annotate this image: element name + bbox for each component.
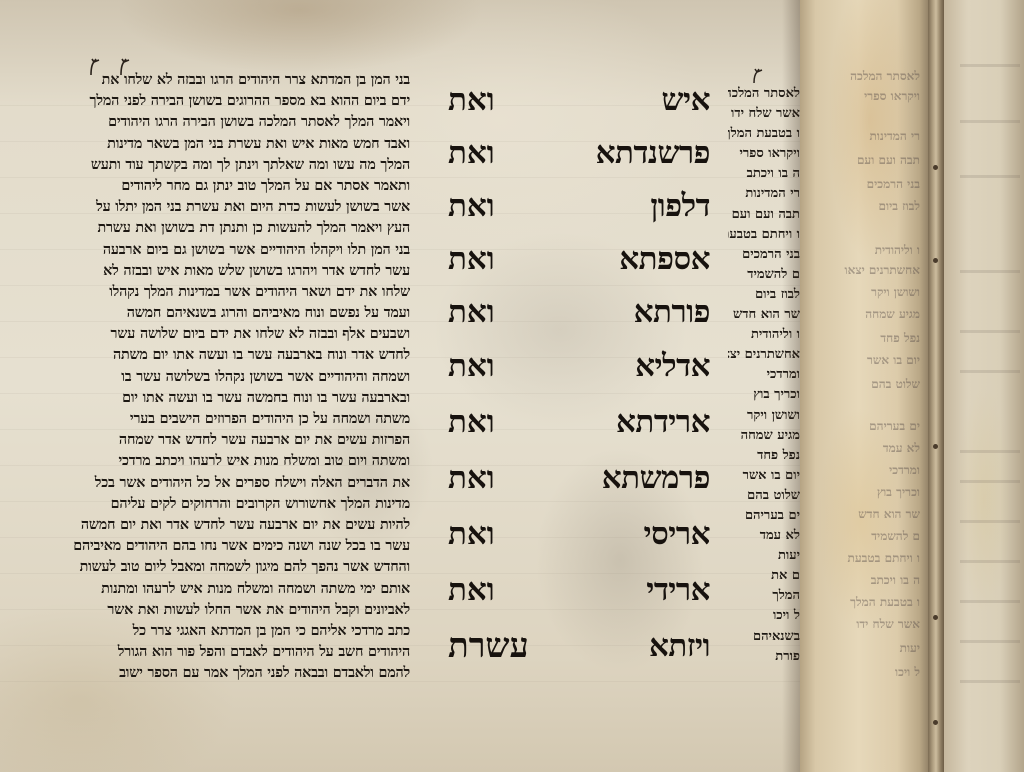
faded-line [960, 680, 1020, 683]
faded-text: תבה ועם ועם [810, 152, 920, 168]
faded-text: לבוז ביום [810, 198, 920, 214]
text-line: בני המן תלו ויקהלו היהודיים אשר בשושן גם… [22, 240, 410, 261]
son-name: ארידי [646, 568, 710, 612]
faded-line [960, 560, 1020, 563]
conjunction-word: ואת [448, 237, 495, 281]
final-word: עשרת [448, 624, 529, 668]
faded-line [960, 480, 1020, 483]
text-line: כתב מרדכי אליהם כי המן בן המדתא האגגי צר… [22, 621, 410, 642]
faded-text: רי המדינות [810, 128, 920, 144]
son-row: ארידי ואת [430, 568, 710, 612]
son-name: ויזתא [649, 624, 710, 668]
son-name: ארידתא [616, 400, 710, 444]
text-line: ותאמר אסתר אם על המלך טוב ינתן גם מחר לי… [22, 176, 410, 197]
faded-line [960, 640, 1020, 643]
son-name: פרמשתא [602, 456, 710, 500]
faded-text: יעות [810, 640, 920, 656]
text-line: אותם ימי משתה ושמחה ומשלח מנות איש לרעהו… [22, 579, 410, 600]
text-line: הפרזות עשים את יום ארבעה עשר לחדש אדר שמ… [22, 430, 410, 451]
text-line: שלחו את ידם ושאר היהודים אשר במדינות המל… [22, 282, 410, 303]
text-line: ואבד חמש מאות איש ואת עשרת בני המן בשאר … [22, 134, 410, 155]
text-line: מדינות המלך אחשורוש הקרובים והרחוקים לקי… [22, 494, 410, 515]
son-row: פורתא ואת [430, 290, 710, 334]
faded-line [960, 370, 1020, 373]
faded-text: שר הוא חדש [810, 506, 920, 522]
text-line: לחדש אדר ונוח בארבעה עשר בו ועשה אתו יום… [22, 345, 410, 366]
faded-text: ים בעריהם [810, 418, 920, 434]
text-line: ידם ביום ההוא בא מספר ההרוגים בשושן הביר… [22, 91, 410, 112]
son-name: דלפון [650, 184, 710, 228]
son-name: פורתא [634, 290, 710, 334]
faded-text: ה בו ויכתב [810, 572, 920, 588]
stitch-mark [933, 615, 938, 620]
roll-shadow [782, 0, 802, 772]
faded-line [960, 330, 1020, 333]
text-line: ועמד על נפשם ונוח מאיביהם והרוג בשנאיהם … [22, 303, 410, 324]
esther-scroll-photo: בני המן בן המדתא צרר היהודים הרגו ובבזה … [0, 0, 1024, 772]
faded-text: ושושן ויקר [810, 284, 920, 300]
faded-text: אחשתרנים יצאו [810, 262, 920, 278]
stitch-mark [933, 165, 938, 170]
text-line: והחדש אשר נהפך להם מיגון לשמחה ומאבל ליו… [22, 557, 410, 578]
text-line: ושמחה והיהודיים אשר בשושן נקהלו בשלושה ע… [22, 367, 410, 388]
son-row: איש ואת [430, 78, 710, 122]
faded-text: בני הרמכים [810, 176, 920, 192]
text-line: עשר בו בכל שנה ושנה כימים אשר נחו בהם הי… [22, 536, 410, 557]
text-column-left: בני המן בן המדתא צרר היהודים הרגו ובבזה … [22, 70, 410, 684]
crown-icon [740, 68, 764, 84]
text-line: בני המן בן המדתא צרר היהודים הרגו ובבזה … [22, 70, 410, 91]
text-line: ושבעים אלף ובבזה לא שלחו את ידם ביום שלו… [22, 324, 410, 345]
conjunction-word: ואת [448, 290, 495, 334]
stitch-mark [933, 258, 938, 263]
rolled-scroll-back [944, 0, 1024, 772]
text-line: להמם ולאבדם ובבאה לפני המלך אמר עם הספר … [22, 663, 410, 684]
faded-line [960, 520, 1020, 523]
scroll-seam [928, 0, 944, 772]
son-row: אספתא ואת [430, 237, 710, 281]
son-name: אריסי [643, 512, 710, 556]
faded-text: ל ויכו [810, 664, 920, 680]
faded-text: ומרדכי [810, 462, 920, 478]
faded-text: נפל פחד [810, 330, 920, 346]
conjunction-word: ואת [448, 131, 495, 175]
stitch-mark [933, 720, 938, 725]
conjunction-word: ואת [448, 344, 495, 388]
stitch-mark [933, 444, 938, 449]
son-name: אדליא [635, 344, 710, 388]
son-row: ויזתא עשרת [430, 624, 710, 668]
conjunction-word: ואת [448, 512, 495, 556]
faded-line [960, 270, 1020, 273]
faded-text: וכריך בוץ [810, 484, 920, 500]
faded-line [960, 64, 1020, 67]
conjunction-word: ואת [448, 456, 495, 500]
text-line: אשר בשושן לעשות כדת היום ואת עשרת בני המ… [22, 197, 410, 218]
text-line: את הדברים האלה וישלח ספרים אל כל היהודים… [22, 473, 410, 494]
son-row: פרשנדתא ואת [430, 131, 710, 175]
son-name: פרשנדתא [596, 131, 710, 175]
faded-text: ו בטבעת המלך [810, 594, 920, 610]
son-row: אדליא ואת [430, 344, 710, 388]
faded-text: ו ויחתם בטבעת [810, 550, 920, 566]
text-line: היהודים חשב על היהודים לאבדם והפל פור הו… [22, 642, 410, 663]
text-line: ויאמר המלך לאסתר המלכה בשושן הבירה הרגו … [22, 112, 410, 133]
faded-text: לא עמד [810, 440, 920, 456]
faded-line [960, 450, 1020, 453]
faded-text: מגיע שמחה [810, 306, 920, 322]
text-line: ומשתה ויום טוב ומשלח מנות איש לרעהו ויכת… [22, 451, 410, 472]
conjunction-word: ואת [448, 400, 495, 444]
faded-line [960, 120, 1020, 123]
text-line: ובארבעה עשר בו ונוח בחמשה עשר בו ועשה את… [22, 388, 410, 409]
text-line: העץ ויאמר המלך להעשות כן ותנתן דת בשושן … [22, 218, 410, 239]
faded-line [960, 600, 1020, 603]
faded-text: שלוט בהם [810, 376, 920, 392]
text-line: משתה ושמחה על כן היהודים הפרוזים הישבים … [22, 409, 410, 430]
faded-text: אשר שלח ידו [810, 616, 920, 632]
faded-text: ם להשמיד [810, 528, 920, 544]
conjunction-word: ואת [448, 184, 495, 228]
faded-line [960, 175, 1020, 178]
text-line: עשר לחדש אדר ויהרגו בשושן שלש מאות איש ו… [22, 261, 410, 282]
son-row: דלפון ואת [430, 184, 710, 228]
faded-text: ויקראו ספרי [810, 88, 920, 104]
text-line: לאביונים וקבל היהודים את אשר החלו לעשות … [22, 600, 410, 621]
son-row: אריסי ואת [430, 512, 710, 556]
son-row: ארידתא ואת [430, 400, 710, 444]
rolled-scroll-front: לאסתר המלכה ויקראו ספרי רי המדינות תבה ו… [800, 0, 930, 772]
conjunction-word: ואת [448, 568, 495, 612]
conjunction-word: ואת [448, 78, 495, 122]
text-line: להיות עשים את יום ארבעה עשר לחדש אדר ואת… [22, 515, 410, 536]
son-name: איש [662, 78, 710, 122]
text-line: המלך מה עשו ומה שאלתך וינתן לך ומה בקשתך… [22, 155, 410, 176]
faded-text: ו וליהודית [810, 242, 920, 258]
faded-text: יום בו אשר [810, 352, 920, 368]
faded-text: לאסתר המלכה [810, 68, 920, 84]
son-name: אספתא [619, 237, 710, 281]
son-row: פרמשתא ואת [430, 456, 710, 500]
